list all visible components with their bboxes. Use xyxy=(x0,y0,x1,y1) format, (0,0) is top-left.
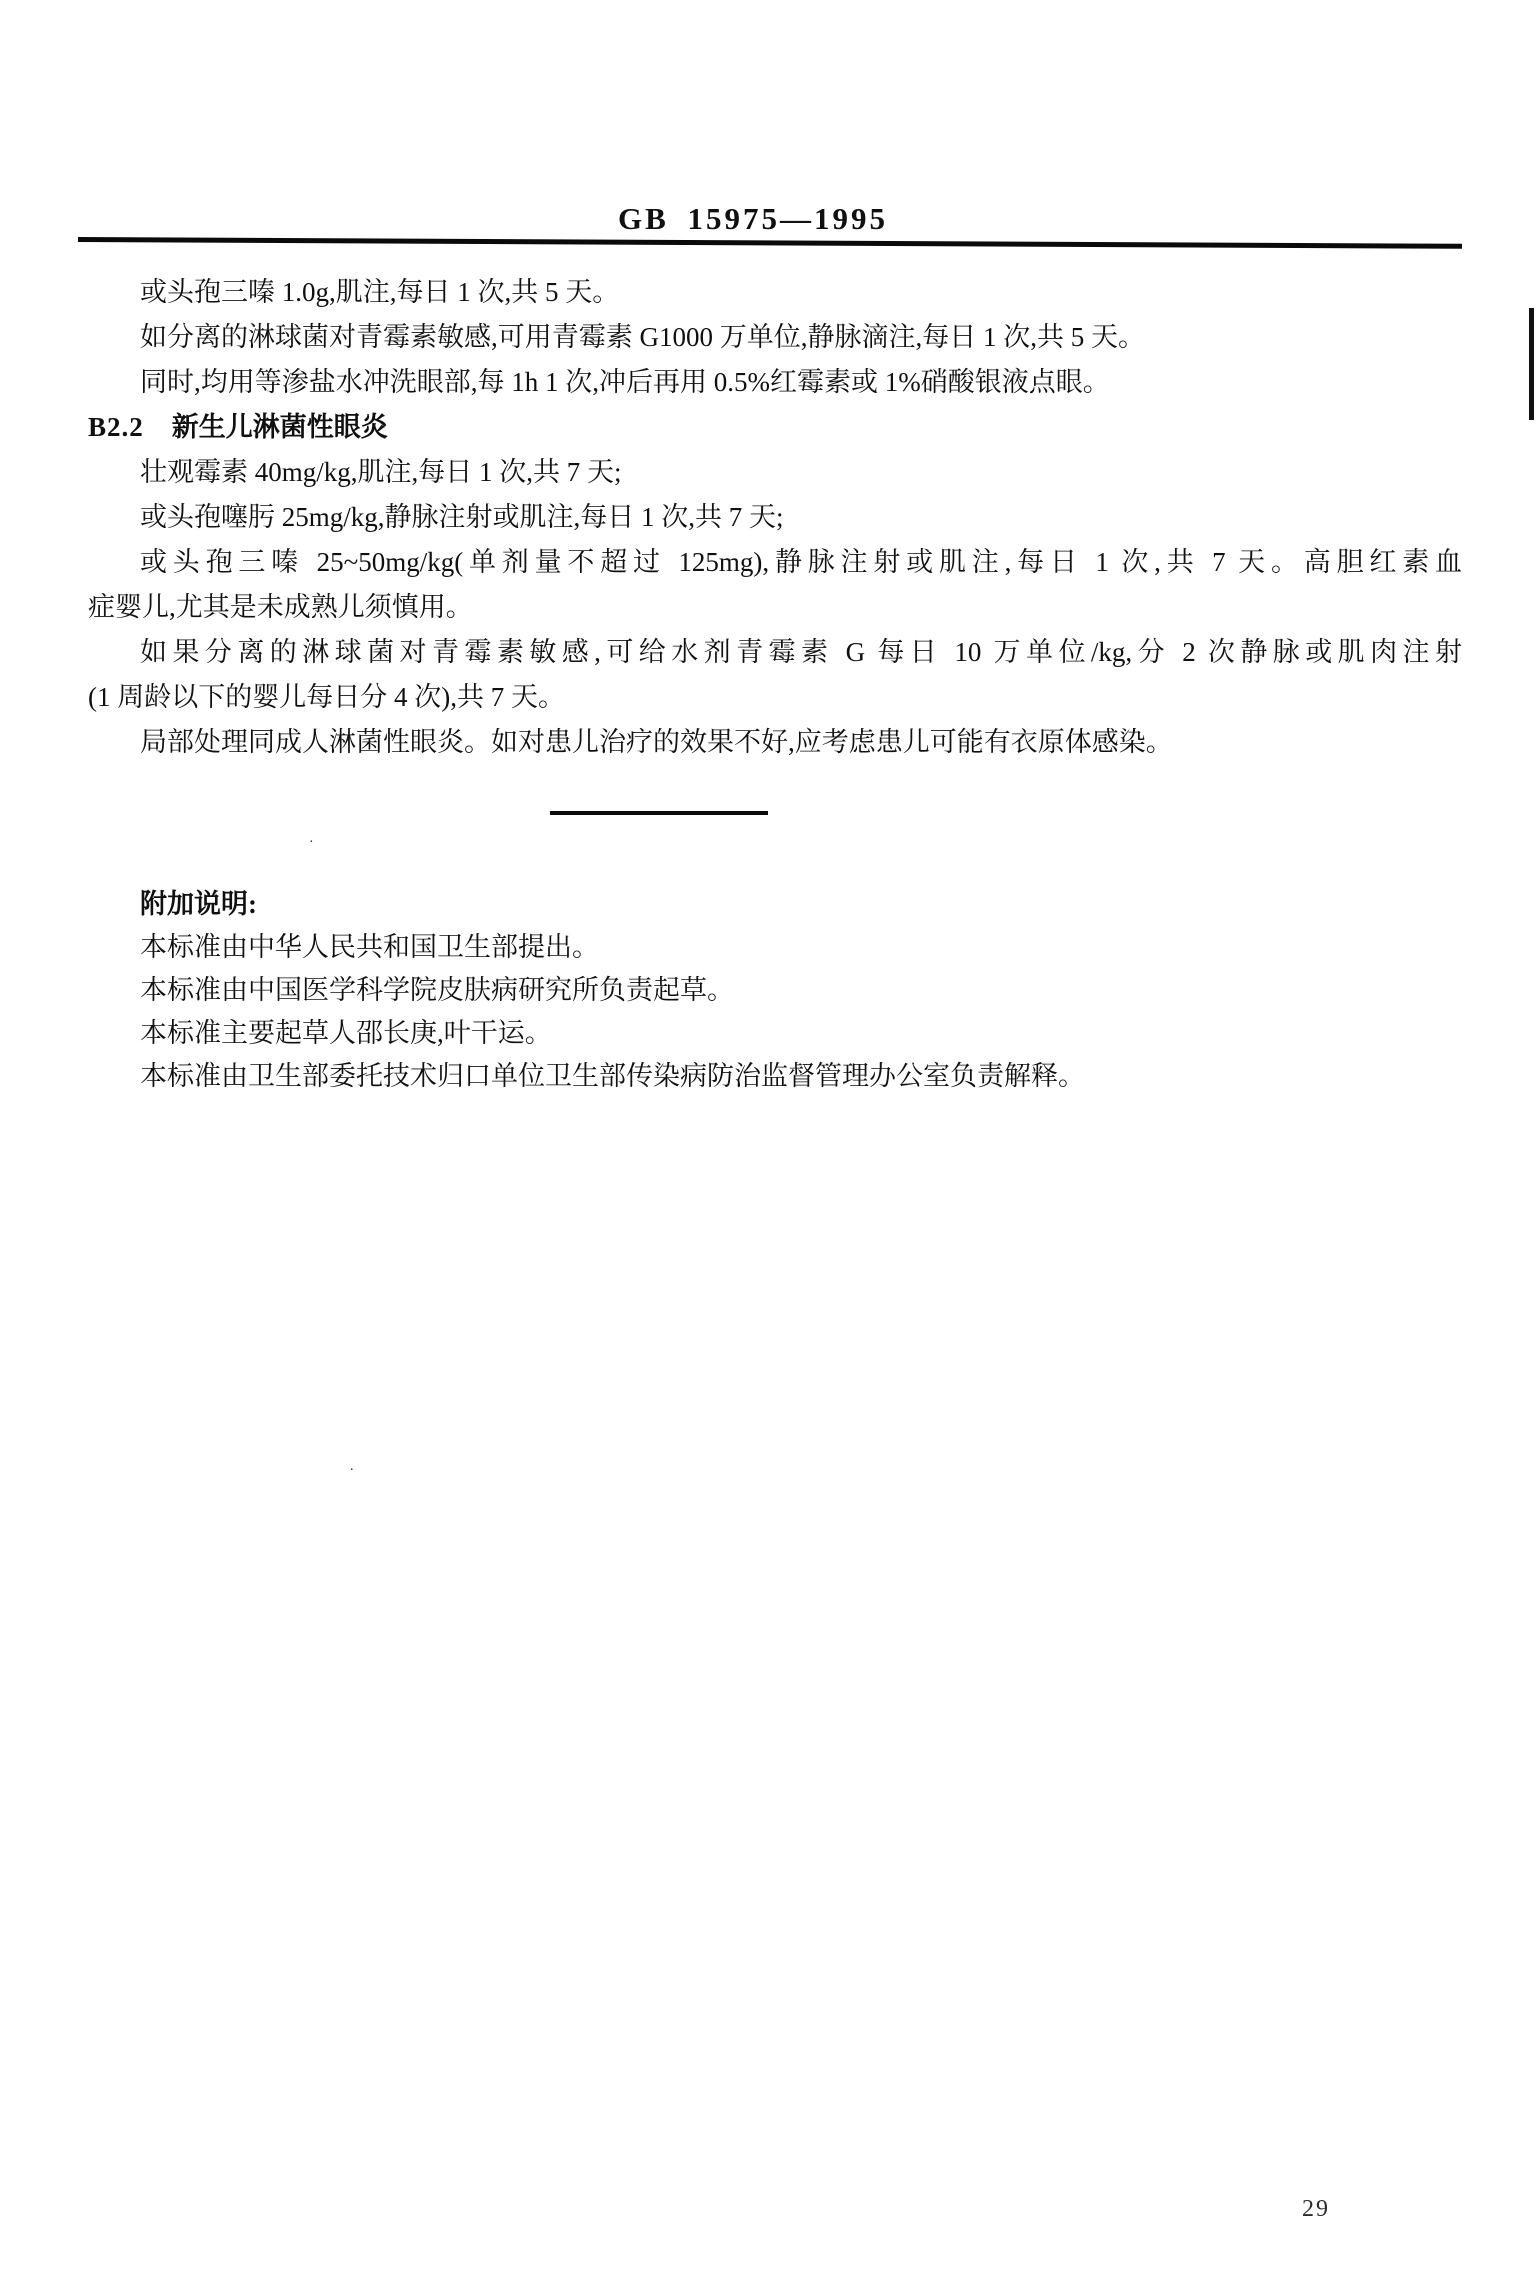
header-rule xyxy=(78,237,1462,249)
body-line: (1 周龄以下的婴儿每日分 4 次),共 7 天。 xyxy=(88,675,1462,720)
ink-speck: · xyxy=(309,836,314,850)
body-line: 壮观霉素 40mg/kg,肌注,每日 1 次,共 7 天; xyxy=(88,450,1462,495)
page-number: 29 xyxy=(1302,2196,1330,2223)
section-heading: B2.2新生儿淋菌性眼炎 xyxy=(88,405,1462,450)
section-number: B2.2 xyxy=(88,405,144,450)
body-line: 或头孢三嗪 25~50mg/kg(单剂量不超过 125mg),静脉注射或肌注,每… xyxy=(88,540,1462,585)
body-text-block: 或头孢三嗪 1.0g,肌注,每日 1 次,共 5 天。 如分离的淋球菌对青霉素敏… xyxy=(88,270,1462,765)
notes-heading: 附加说明: xyxy=(88,883,1462,926)
body-line: 如果分离的淋球菌对青霉素敏感,可给水剂青霉素 G 每日 10 万单位/kg,分 … xyxy=(88,630,1462,675)
additional-notes-block: 附加说明: 本标准由中华人民共和国卫生部提出。 本标准由中国医学科学院皮肤病研究… xyxy=(88,883,1462,1098)
scan-edge-artifact xyxy=(1529,308,1534,420)
body-line: 如分离的淋球菌对青霉素敏感,可用青霉素 G1000 万单位,静脉滴注,每日 1 … xyxy=(88,315,1462,360)
document-page: GB 15975—1995 或头孢三嗪 1.0g,肌注,每日 1 次,共 5 天… xyxy=(0,0,1536,2285)
note-line: 本标准由中国医学科学院皮肤病研究所负责起草。 xyxy=(88,969,1462,1012)
body-line: 同时,均用等渗盐水冲洗眼部,每 1h 1 次,冲后再用 0.5%红霉素或 1%硝… xyxy=(88,360,1462,405)
note-line: 本标准由中华人民共和国卫生部提出。 xyxy=(88,926,1462,969)
note-line: 本标准由卫生部委托技术归口单位卫生部传染病防治监督管理办公室负责解释。 xyxy=(88,1055,1462,1098)
note-line: 本标准主要起草人邵长庚,叶干运。 xyxy=(88,1012,1462,1055)
body-line: 局部处理同成人淋菌性眼炎。如对患儿治疗的效果不好,应考虑患儿可能有衣原体感染。 xyxy=(88,720,1462,765)
ink-speck: . xyxy=(350,1460,354,1474)
body-line: 或头孢噻肟 25mg/kg,静脉注射或肌注,每日 1 次,共 7 天; xyxy=(88,495,1462,540)
body-line: 症婴儿,尤其是未成熟儿须慎用。 xyxy=(88,585,1462,630)
section-divider-rule xyxy=(550,811,768,815)
section-title: 新生儿淋菌性眼炎 xyxy=(172,412,388,442)
standard-code-header: GB 15975—1995 xyxy=(618,201,888,237)
body-line: 或头孢三嗪 1.0g,肌注,每日 1 次,共 5 天。 xyxy=(88,270,1462,315)
